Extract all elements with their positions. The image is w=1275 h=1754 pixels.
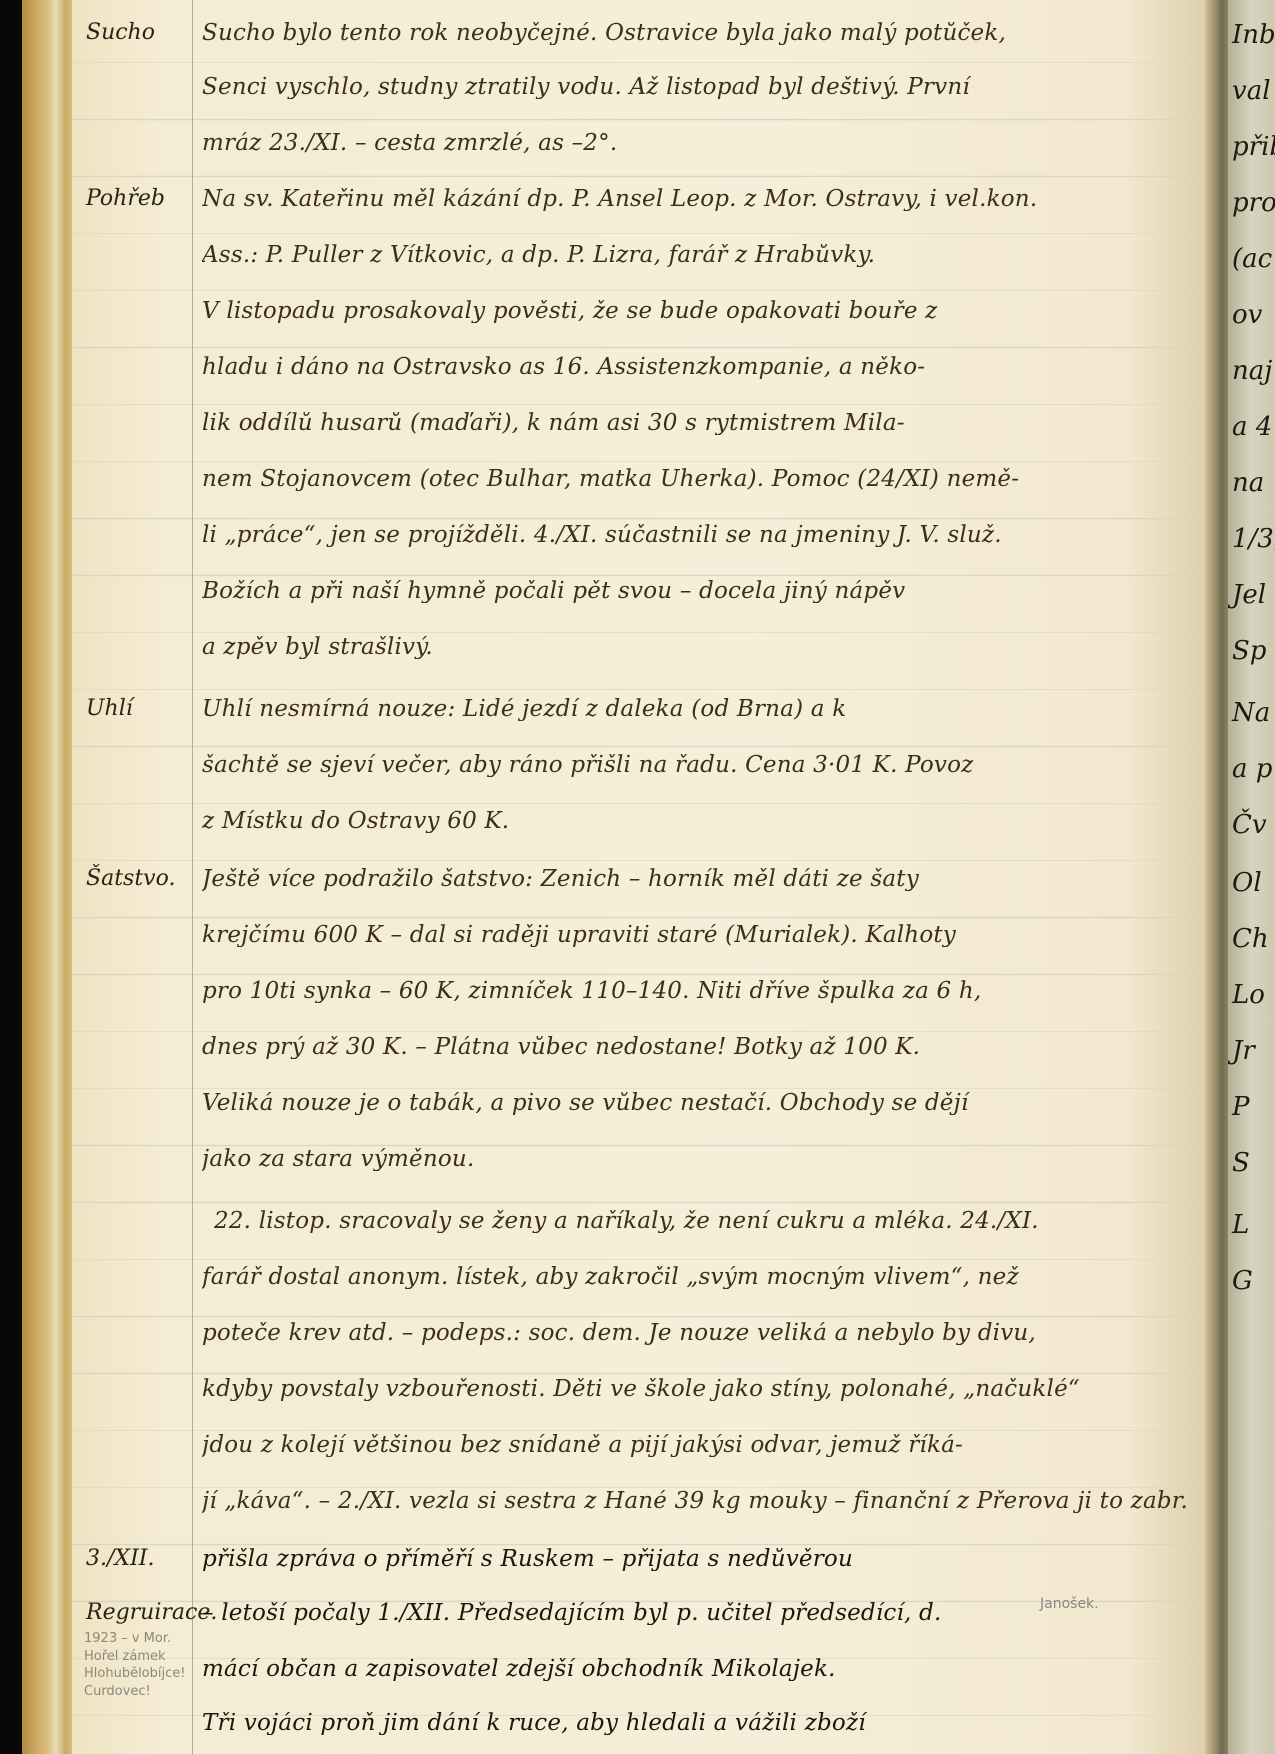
text-line: krejčímu 600 K – dal si raději upraviti … [202,924,1201,947]
facing-page-fragment: přib [1232,132,1275,162]
margin-heading: Regruirace. [86,1602,196,1624]
facing-page-fragment: G [1232,1266,1253,1296]
text-line: farář dostal anonym. lístek, aby zakroči… [202,1266,1201,1289]
facing-page: Inb.valpřibpro(acovnaja 4na1/3,JelSpNaa … [1228,0,1275,1754]
text-line: hladu i dáno na Ostravsko as 16. Assiste… [202,356,1201,379]
facing-page-fragment: Inb. [1232,20,1275,50]
facing-page-fragment: Sp [1232,636,1266,666]
text-line: Tři vojáci proň jim dání k ruce, aby hle… [202,1712,1201,1735]
text-line: Sucho bylo tento rok neobyčejné. Ostravi… [202,22,1201,45]
pencil-line: Hlohubělobíjce! [84,1665,194,1683]
facing-page-fragment: Ch [1232,924,1269,954]
facing-page-fragment: Jr [1232,1036,1255,1066]
facing-page-fragment: a 4 [1232,412,1272,442]
text-line: Veliká nouze je o tabák, a pivo se vůbec… [202,1092,1201,1115]
text-line: Božích a při naší hymně počali pět svou … [202,580,1201,603]
facing-page-fragment: S [1232,1148,1250,1178]
book-page-edges [22,0,78,1754]
text-line: dnes prý až 30 K. – Plátna vůbec nedosta… [202,1036,1201,1059]
pencil-line: Hořel zámek [84,1648,194,1666]
text-line: Ještě více podražilo šatstvo: Ženich – h… [202,868,1201,891]
facing-page-fragment: val [1232,76,1271,106]
pencil-annotation-left: 1923 – v Mor. Hořel zámek Hlohubělobíjce… [84,1630,194,1700]
text-line: 22. listop. sracovaly se ženy a naříkaly… [214,1210,1201,1233]
facing-page-fragment: ov [1232,300,1262,330]
pencil-line: Curdovec! [84,1683,194,1701]
pencil-line: 1923 – v Mor. [84,1630,194,1648]
text-line: pro 10ti synka – 60 K, zimníček 110–140.… [202,980,1201,1003]
facing-page-fragment: pro [1232,188,1275,218]
text-line: kdyby povstaly vzbouřenosti. Děti ve ško… [202,1378,1201,1401]
text-line: Uhlí nesmírná nouze: Lidé jezdí z daleka… [202,698,1201,721]
text-line: jí „káva“. – 2./XI. vezla si sestra z Ha… [202,1490,1201,1513]
margin-heading: Sucho [86,22,196,44]
margin-heading: 3./XII. [86,1548,196,1570]
facing-page-fragment: Na [1232,698,1270,728]
text-line: nem Stojanovcem (otec Bulhar, matka Uher… [202,468,1201,491]
text-line: přišla zpráva o příměří s Ruskem – přija… [202,1548,1201,1571]
text-line: Šenci vyschlo, studny ztratily vodu. Až … [202,76,1201,99]
margin-heading: Pohřeb [86,188,196,210]
text-line: jako za stara výměnou. [202,1148,1201,1171]
facing-page-fragment: Lo [1232,980,1265,1010]
text-line: V listopadu prosakovaly pověsti, že se b… [202,300,1201,323]
facing-page-fragment: Čv [1232,810,1267,840]
margin-heading: Uhlí [86,698,196,720]
text-line: poteče krev atd. – podeps.: soc. dem. Je… [202,1322,1201,1345]
facing-page-fragment: P [1232,1092,1250,1122]
facing-page-fragment: Ol [1232,868,1262,898]
text-line: z Místku do Ostravy 60 K. [202,810,1201,833]
facing-page-fragment: naj [1232,356,1272,386]
facing-page-fragment: na [1232,468,1264,498]
pencil-annotation-name: Janošek. [1040,1596,1099,1612]
facing-page-fragment: 1/3, [1232,524,1275,554]
text-line: Na sv. Kateřinu měl kázání dp. P. Ansel … [202,188,1201,211]
text-line: jdou z kolejí většinou bez snídaně a pij… [202,1434,1201,1457]
facing-page-fragment: L [1232,1210,1249,1240]
text-line: šachtě se sjeví večer, aby ráno přišli n… [202,754,1201,777]
text-line: a zpěv byl strašlivý. [202,636,1201,659]
facing-page-fragment: Jel [1232,580,1266,610]
text-line: Ass.: P. Puller z Vítkovic, a dp. P. Liz… [202,244,1201,267]
text-line: li „práce“, jen se projížděli. 4./XI. sú… [202,524,1201,547]
facing-page-fragment: (ac [1232,244,1272,274]
text-line: mácí občan a zapisovatel zdejší obchodní… [202,1658,1201,1681]
text-line: lik oddílů husarů (maďaři), k nám asi 30… [202,412,1201,435]
text-line: mráz 23./XI. – cesta zmrzlé, as –2°. [202,132,1201,155]
margin-heading: Šatstvo. [86,868,196,890]
facing-page-fragment: a p [1232,754,1272,784]
